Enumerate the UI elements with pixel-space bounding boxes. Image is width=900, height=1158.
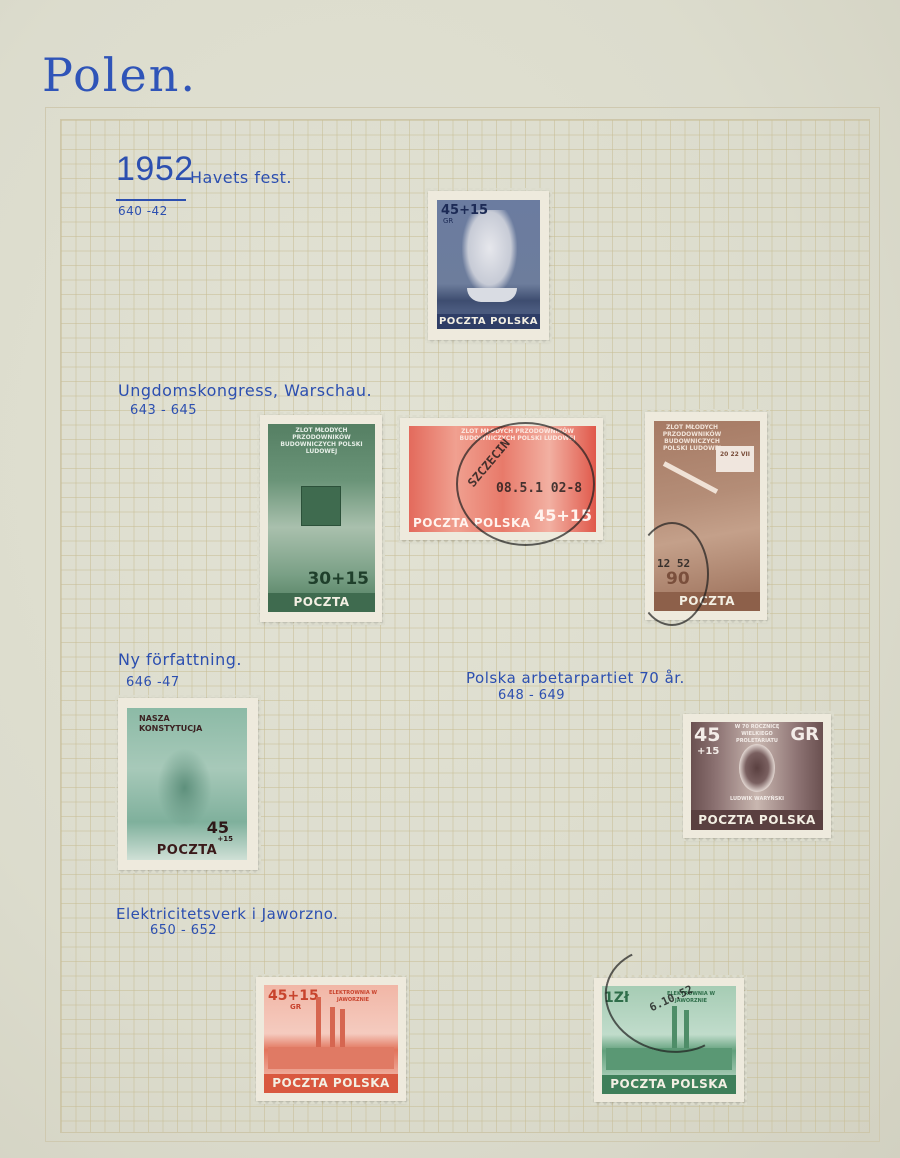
- section-caption-ny-forfattning: Ny författning.: [118, 650, 242, 669]
- section-caption-arbetarpartiet: Polska arbetarpartiet 70 år.: [466, 669, 685, 687]
- ship-sails-icon: [462, 210, 517, 295]
- flag-icon: [716, 446, 754, 472]
- youth-accordion-stamp: ZLOT MŁODYCH PRZODOWNIKÓW BUDOWNICZYCH P…: [260, 415, 382, 622]
- ship-hull-icon: [467, 288, 517, 302]
- chimney-icon: [316, 997, 321, 1047]
- page-title: Polen.: [42, 48, 197, 102]
- album-page: Polen. 1952 Havets fest. 640 -42 45+15 G…: [0, 0, 900, 1158]
- youth-trumpet-stamp: ZLOT MŁODYCH PRZODOWNIKÓW BUDOWNICZYCH P…: [645, 412, 767, 620]
- factory-building-icon: [268, 1047, 394, 1069]
- postmark-circle: [635, 522, 709, 626]
- accordion-icon: [301, 486, 341, 526]
- section-year: 1952: [116, 150, 194, 189]
- youth-red-stamp: ZLOT MŁODYCH PRZODOWNIKÓW BUDOWNICZYCH P…: [400, 418, 603, 540]
- chimney-icon: [330, 1007, 335, 1047]
- constitution-stamp: NASZA KONSTYTUCJA 45 +15 POCZTA POLSKA: [118, 698, 258, 870]
- trumpet-icon: [663, 461, 718, 494]
- catalog-range: 643 - 645: [130, 403, 197, 418]
- figures-icon: [157, 748, 212, 828]
- catalog-range: 640 -42: [118, 204, 168, 218]
- section-caption-havets-fest: Havets fest.: [190, 168, 292, 187]
- year-underline: [116, 199, 186, 201]
- catalog-range: 648 - 649: [498, 688, 565, 703]
- portrait-icon: [739, 744, 775, 792]
- power-plant-green-stamp: 1Zł ELEKTROWNIA W JAWORZNIE POCZTA POLSK…: [594, 978, 744, 1102]
- ship-stamp: 45+15 GR POCZTA POLSKA: [428, 191, 549, 340]
- section-caption-elektricitetsverk: Elektricitetsverk i Jaworzno.: [116, 905, 338, 923]
- worker-party-stamp: 45 +15 GR W 70 ROCZNICĘ WIELKIEGO PROLET…: [683, 714, 831, 838]
- power-plant-red-stamp: 45+15 GR ELEKTROWNIA W JAWORZNIE POCZTA …: [256, 977, 406, 1101]
- catalog-range: 646 -47: [126, 675, 180, 690]
- catalog-range: 650 - 652: [150, 923, 217, 938]
- section-caption-ungdomskongress: Ungdomskongress, Warschau.: [118, 381, 372, 400]
- chimney-icon: [340, 1009, 345, 1047]
